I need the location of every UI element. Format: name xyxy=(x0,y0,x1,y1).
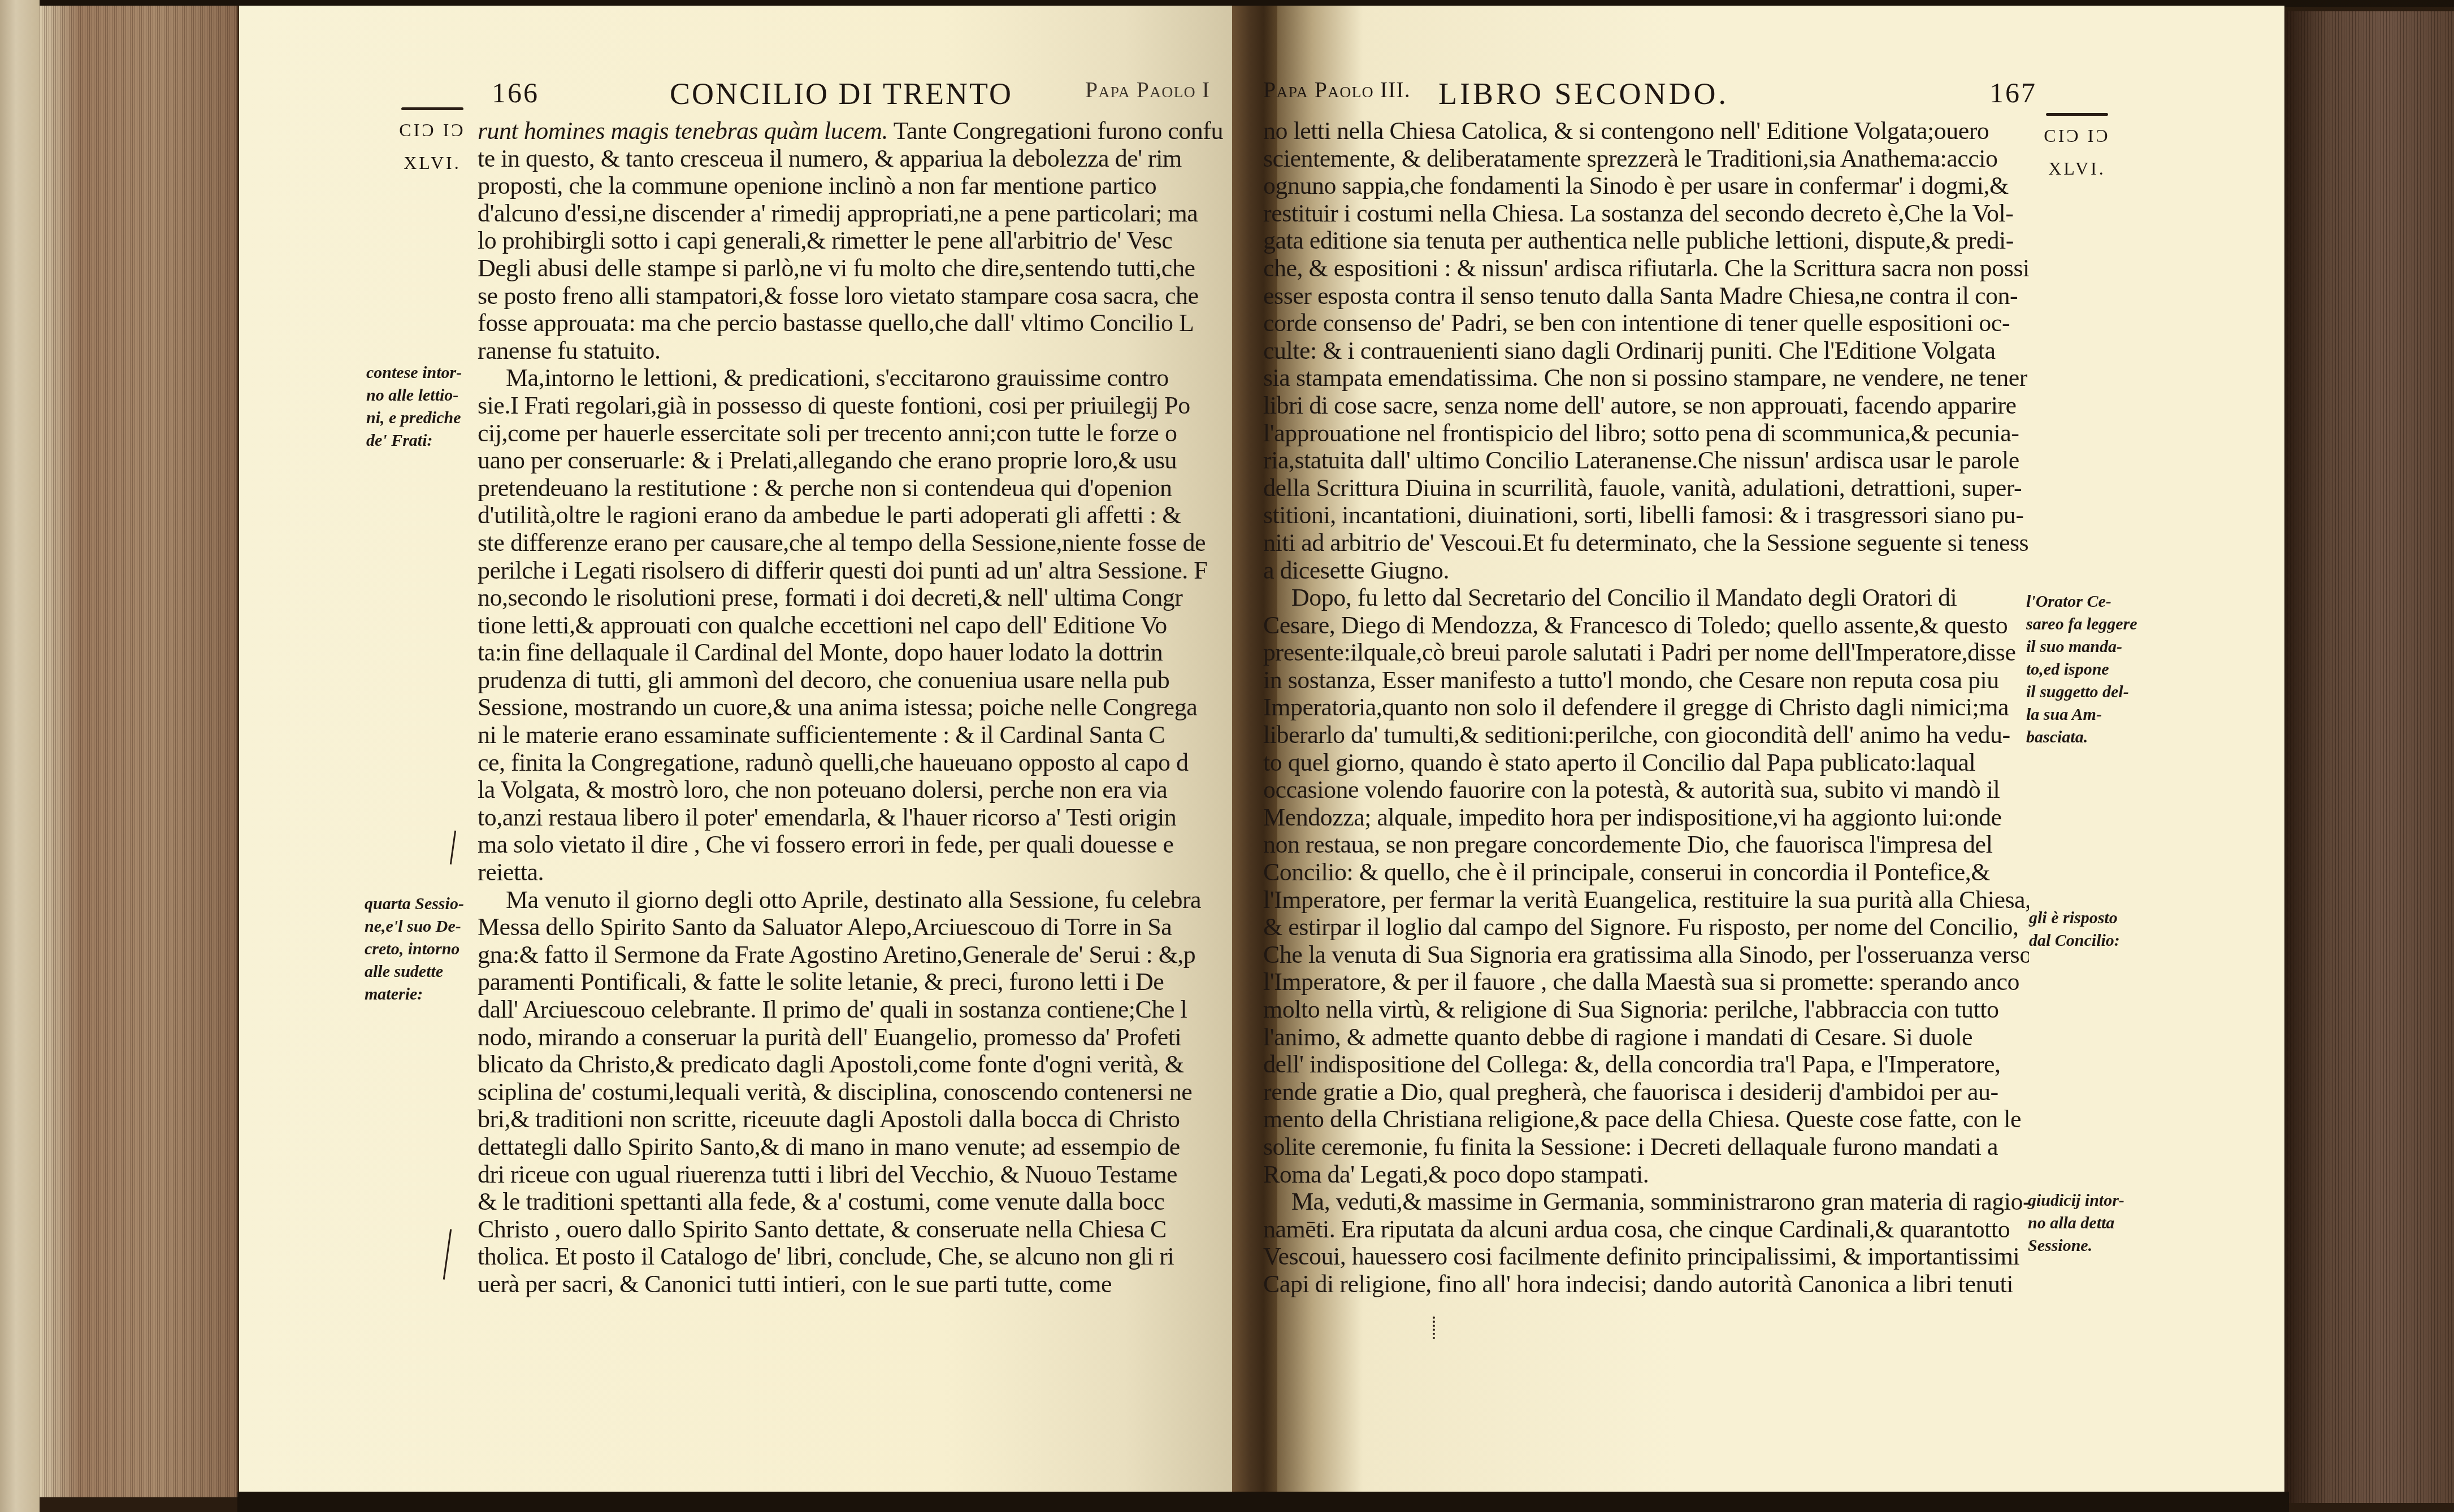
text-line: ma solo vietato il dire , Che vi fossero… xyxy=(478,831,1232,859)
text-line: te in questo, & tanto cresceua il numero… xyxy=(478,145,1232,173)
text-line: d'utilità,oltre le ragioni erano da ambe… xyxy=(478,502,1232,529)
text-line: pretendeuano la restitutione : & perche … xyxy=(478,475,1232,502)
text-line: no,secondo le risolutioni prese, formati… xyxy=(478,584,1232,612)
text-line: Vescoui, hauessero cosi facilmente defin… xyxy=(1263,1243,2029,1271)
text-line: proposti, che la commune openione inclin… xyxy=(478,172,1232,200)
text-line: ognuno sappia,che fondamenti la Sinodo è… xyxy=(1263,172,2029,200)
text-line: l'Imperatore, per fermar la verità Euang… xyxy=(1263,887,2029,914)
text-line: reietta. xyxy=(478,859,1232,887)
text-line: bri,& traditioni non scritte, riceuute d… xyxy=(478,1106,1232,1133)
margin-note-orator-cesareo: l'Orator Ce- sareo fa leggere il suo man… xyxy=(2026,590,2138,749)
text-line: namēti. Era riputata da alcuni ardua cos… xyxy=(1263,1216,2029,1244)
text-line: in sostanza, Esser manifesto a tutto'l m… xyxy=(1263,667,2029,694)
text-line: dri riceue con ugual riuerenza tutti i l… xyxy=(478,1161,1232,1189)
text-line: a dicesette Giugno. xyxy=(1263,557,2029,585)
year-marker-right: CIƆ IƆ XLVI. xyxy=(2029,113,2125,185)
text-line: sie.I Frati regolari,già in possesso di … xyxy=(478,392,1232,420)
text-line: stitioni, incantationi, diuinationi, sor… xyxy=(1263,502,2029,529)
text-line: tholica. Et posto il Catalogo de' libri,… xyxy=(478,1243,1232,1271)
text-line: perilche i Legati risolsero di differir … xyxy=(478,557,1232,585)
left-cover-edge xyxy=(0,0,40,1512)
text-line: rende gratie a Dio, qual pregherà, che f… xyxy=(1263,1079,2029,1106)
right-fore-edge-pages xyxy=(2284,11,2454,1503)
text-line: ria,statuita dall' ultimo Concilio Later… xyxy=(1263,447,2029,475)
text-line: Sessione, mostrando un cuore,& una anima… xyxy=(478,694,1232,722)
running-title-left: CONCILIO DI TRENTO xyxy=(670,76,1013,111)
text-line: ranense fu statuito. xyxy=(478,337,1232,365)
text-line: ni le materie erano essaminate sufficien… xyxy=(478,722,1232,749)
text-line: se posto freno alli stampatori,& fosse l… xyxy=(478,283,1232,310)
text-line: della Scrittura Diuina in scurrilità, fa… xyxy=(1263,475,2029,502)
text-line: l'approuatione nel frontispicio del libr… xyxy=(1263,420,2029,447)
text-line: sciplina de' costumi,lequali verità, & d… xyxy=(478,1079,1232,1106)
text-line: Cesare, Diego di Mendozza, & Francesco d… xyxy=(1263,612,2029,640)
text-line: d'alcuno d'essi,ne discender a' rimedij … xyxy=(478,200,1232,228)
year-roman-bottom: XLVI. xyxy=(384,146,480,179)
year-roman-top: CIƆ IƆ xyxy=(384,114,480,146)
year-roman-top: CIƆ IƆ xyxy=(2029,119,2125,152)
left-page-body: runt homines magis tenebras quàm lucem. … xyxy=(478,118,1232,1298)
margin-note-quarta-sessione: quarta Sessio- ne,e'l suo De- creto, int… xyxy=(365,893,464,1006)
text-line: libri di cose sacre, senza nome dell' au… xyxy=(1263,392,2029,420)
running-prefix-bleed: Papa Paolo I xyxy=(1085,76,1210,103)
text-line: l'animo, & admette quanto debbe di ragio… xyxy=(1263,1024,2029,1052)
text-line: tione letti,& approuati con qualche ecce… xyxy=(478,612,1232,640)
text-line: & estirpar il loglio dal campo del Signo… xyxy=(1263,914,2029,941)
text-line: & le traditioni spettanti alla fede, & a… xyxy=(478,1188,1232,1216)
text-line: corde consenso de' Padri, se ben con int… xyxy=(1263,310,2029,337)
text-line: paramenti Pontificali, & fatte le solite… xyxy=(478,968,1232,996)
running-prefix-right: Papa Paolo III. xyxy=(1263,76,1411,103)
margin-note-contese: contese intor- no alle lettio- ni, e pre… xyxy=(366,362,462,452)
paragraph-start: Ma, veduti,& massime in Germania, sommin… xyxy=(1263,1188,2029,1216)
text-line: dall' Arciuescouo celebrante. Il primo d… xyxy=(478,996,1232,1024)
margin-note-giudicij: giudicij intor- no alla detta Sessione. xyxy=(2028,1189,2125,1257)
text-line: scientemente, & deliberatamente sprezzer… xyxy=(1263,145,2029,173)
text-line: che, & espositioni : & nissun' ardisca r… xyxy=(1263,255,2029,283)
ink-rule xyxy=(2046,113,2108,116)
text-line: non restaua, se non pregare concordement… xyxy=(1263,831,2029,859)
text-line: lo prohibirgli sotto i capi generali,& r… xyxy=(478,227,1232,255)
text-line: ste differenze erano per causare,che al … xyxy=(478,529,1232,557)
text-line: dell' indispositione del Collega: &, del… xyxy=(1263,1051,2029,1079)
text-line: Che la venuta di Sua Signoria era gratis… xyxy=(1263,941,2029,969)
left-fore-edge-pages xyxy=(40,6,239,1497)
year-marker-left: CIƆ IƆ XLVI. xyxy=(384,107,480,179)
text-line: restituir i costumi nella Chiesa. La sos… xyxy=(1263,200,2029,228)
text-line: cij,come per hauerle essercitate soli pe… xyxy=(478,420,1232,447)
text-line: solite ceremonie, fu finita la Sessione:… xyxy=(1263,1133,2029,1161)
text-line: blicato da Christo,& predicato dagli Apo… xyxy=(478,1051,1232,1079)
ink-dots-mark xyxy=(1433,1317,1437,1339)
page-number-left: 166 xyxy=(492,76,539,109)
text-line: ce, finita la Congregatione, radunò quel… xyxy=(478,749,1232,777)
text-line: liberarlo da' tumulti,& seditioni:perilc… xyxy=(1263,722,2029,749)
text-line: Messa dello Spirito Santo da Saluator Al… xyxy=(478,914,1232,941)
text-line: culte: & i contrauenienti siano dagli Or… xyxy=(1263,337,2029,365)
text-line: uerà per sacri, & Canonici tutti intieri… xyxy=(478,1271,1232,1298)
text-line: niti ad arbitrio de' Vescoui.Et fu deter… xyxy=(1263,529,2029,557)
text-line: runt homines magis tenebras quàm lucem. … xyxy=(478,118,1232,145)
page-number-right: 167 xyxy=(1989,76,2037,109)
text-line: no letti nella Chiesa Catolica, & si con… xyxy=(1263,118,2029,145)
paragraph-start: Ma venuto il giorno degli otto Aprile, d… xyxy=(478,887,1232,914)
running-title-right: LIBRO SECONDO. xyxy=(1438,76,1729,111)
text-line: Capi di religione, fino all' hora indeci… xyxy=(1263,1271,2029,1298)
paragraph-start: Ma,intorno le lettioni, & predicationi, … xyxy=(478,364,1232,392)
text-line: fosse approuata: ma che percio bastasse … xyxy=(478,310,1232,337)
year-roman-bottom: XLVI. xyxy=(2029,152,2125,185)
ink-rule xyxy=(401,107,463,110)
text-line: l'Imperatore, & per il fauore , che dall… xyxy=(1263,968,2029,996)
text-line: Degli abusi delle stampe si parlò,ne vi … xyxy=(478,255,1232,283)
text-line: gata editione sia tenuta per authentica … xyxy=(1263,227,2029,255)
text-line: Roma da' Legati,& poco dopo stampati. xyxy=(1263,1161,2029,1189)
text-line: Imperatoria,quanto non solo il defendere… xyxy=(1263,694,2029,722)
text-line: uano per conseruarle: & i Prelati,allega… xyxy=(478,447,1232,475)
text-line: mento della Christiana religione,& pace … xyxy=(1263,1106,2029,1133)
text-line: prudenza di tutti, gli ammonì del decoro… xyxy=(478,667,1232,694)
latin-quote: runt homines magis tenebras quàm lucem. xyxy=(478,118,888,145)
text-line: occasione volendo fauorire con la potest… xyxy=(1263,776,2029,804)
paragraph-start: Dopo, fu letto dal Secretario del Concil… xyxy=(1263,584,2029,612)
text-line: Mendozza; alquale, impedito hora per ind… xyxy=(1263,804,2029,832)
margin-note-risposto: gli è risposto dal Concilio: xyxy=(2029,907,2120,952)
text-line: la Volgata, & mostrò loro, che non poteu… xyxy=(478,776,1232,804)
right-page-body: no letti nella Chiesa Catolica, & si con… xyxy=(1263,118,2029,1298)
text-line: presente:ilquale,cò breui parole salutat… xyxy=(1263,639,2029,667)
text-line: esser esposta contra il senso tenuto dal… xyxy=(1263,283,2029,310)
text-line: gna:& fatto il Sermone da Frate Agostino… xyxy=(478,941,1232,969)
text-line: Concilio: & quello, che è il principale,… xyxy=(1263,859,2029,887)
text-line: dettategli dallo Spirito Santo,& di mano… xyxy=(478,1133,1232,1161)
text-line: to quel giorno, quando è stato aperto il… xyxy=(1263,749,2029,777)
text-line: to,anzi restaua libero il poter' emendar… xyxy=(478,804,1232,832)
open-book-spread: 166 CONCILIO DI TRENTO Papa Paolo I Papa… xyxy=(0,0,2454,1512)
text-line: sia stampata emendatissima. Che non si p… xyxy=(1263,364,2029,392)
background-shadow-bottom xyxy=(237,1492,2289,1512)
text-line: ta:in fine dellaquale il Cardinal del Mo… xyxy=(478,639,1232,667)
text-line: Christo , ouero dallo Spirito Santo dett… xyxy=(478,1216,1232,1244)
text-line: nodo, mirando a conseruar la purità dell… xyxy=(478,1024,1232,1052)
text-line: molto nella virtù, & religione di Sua Si… xyxy=(1263,996,2029,1024)
